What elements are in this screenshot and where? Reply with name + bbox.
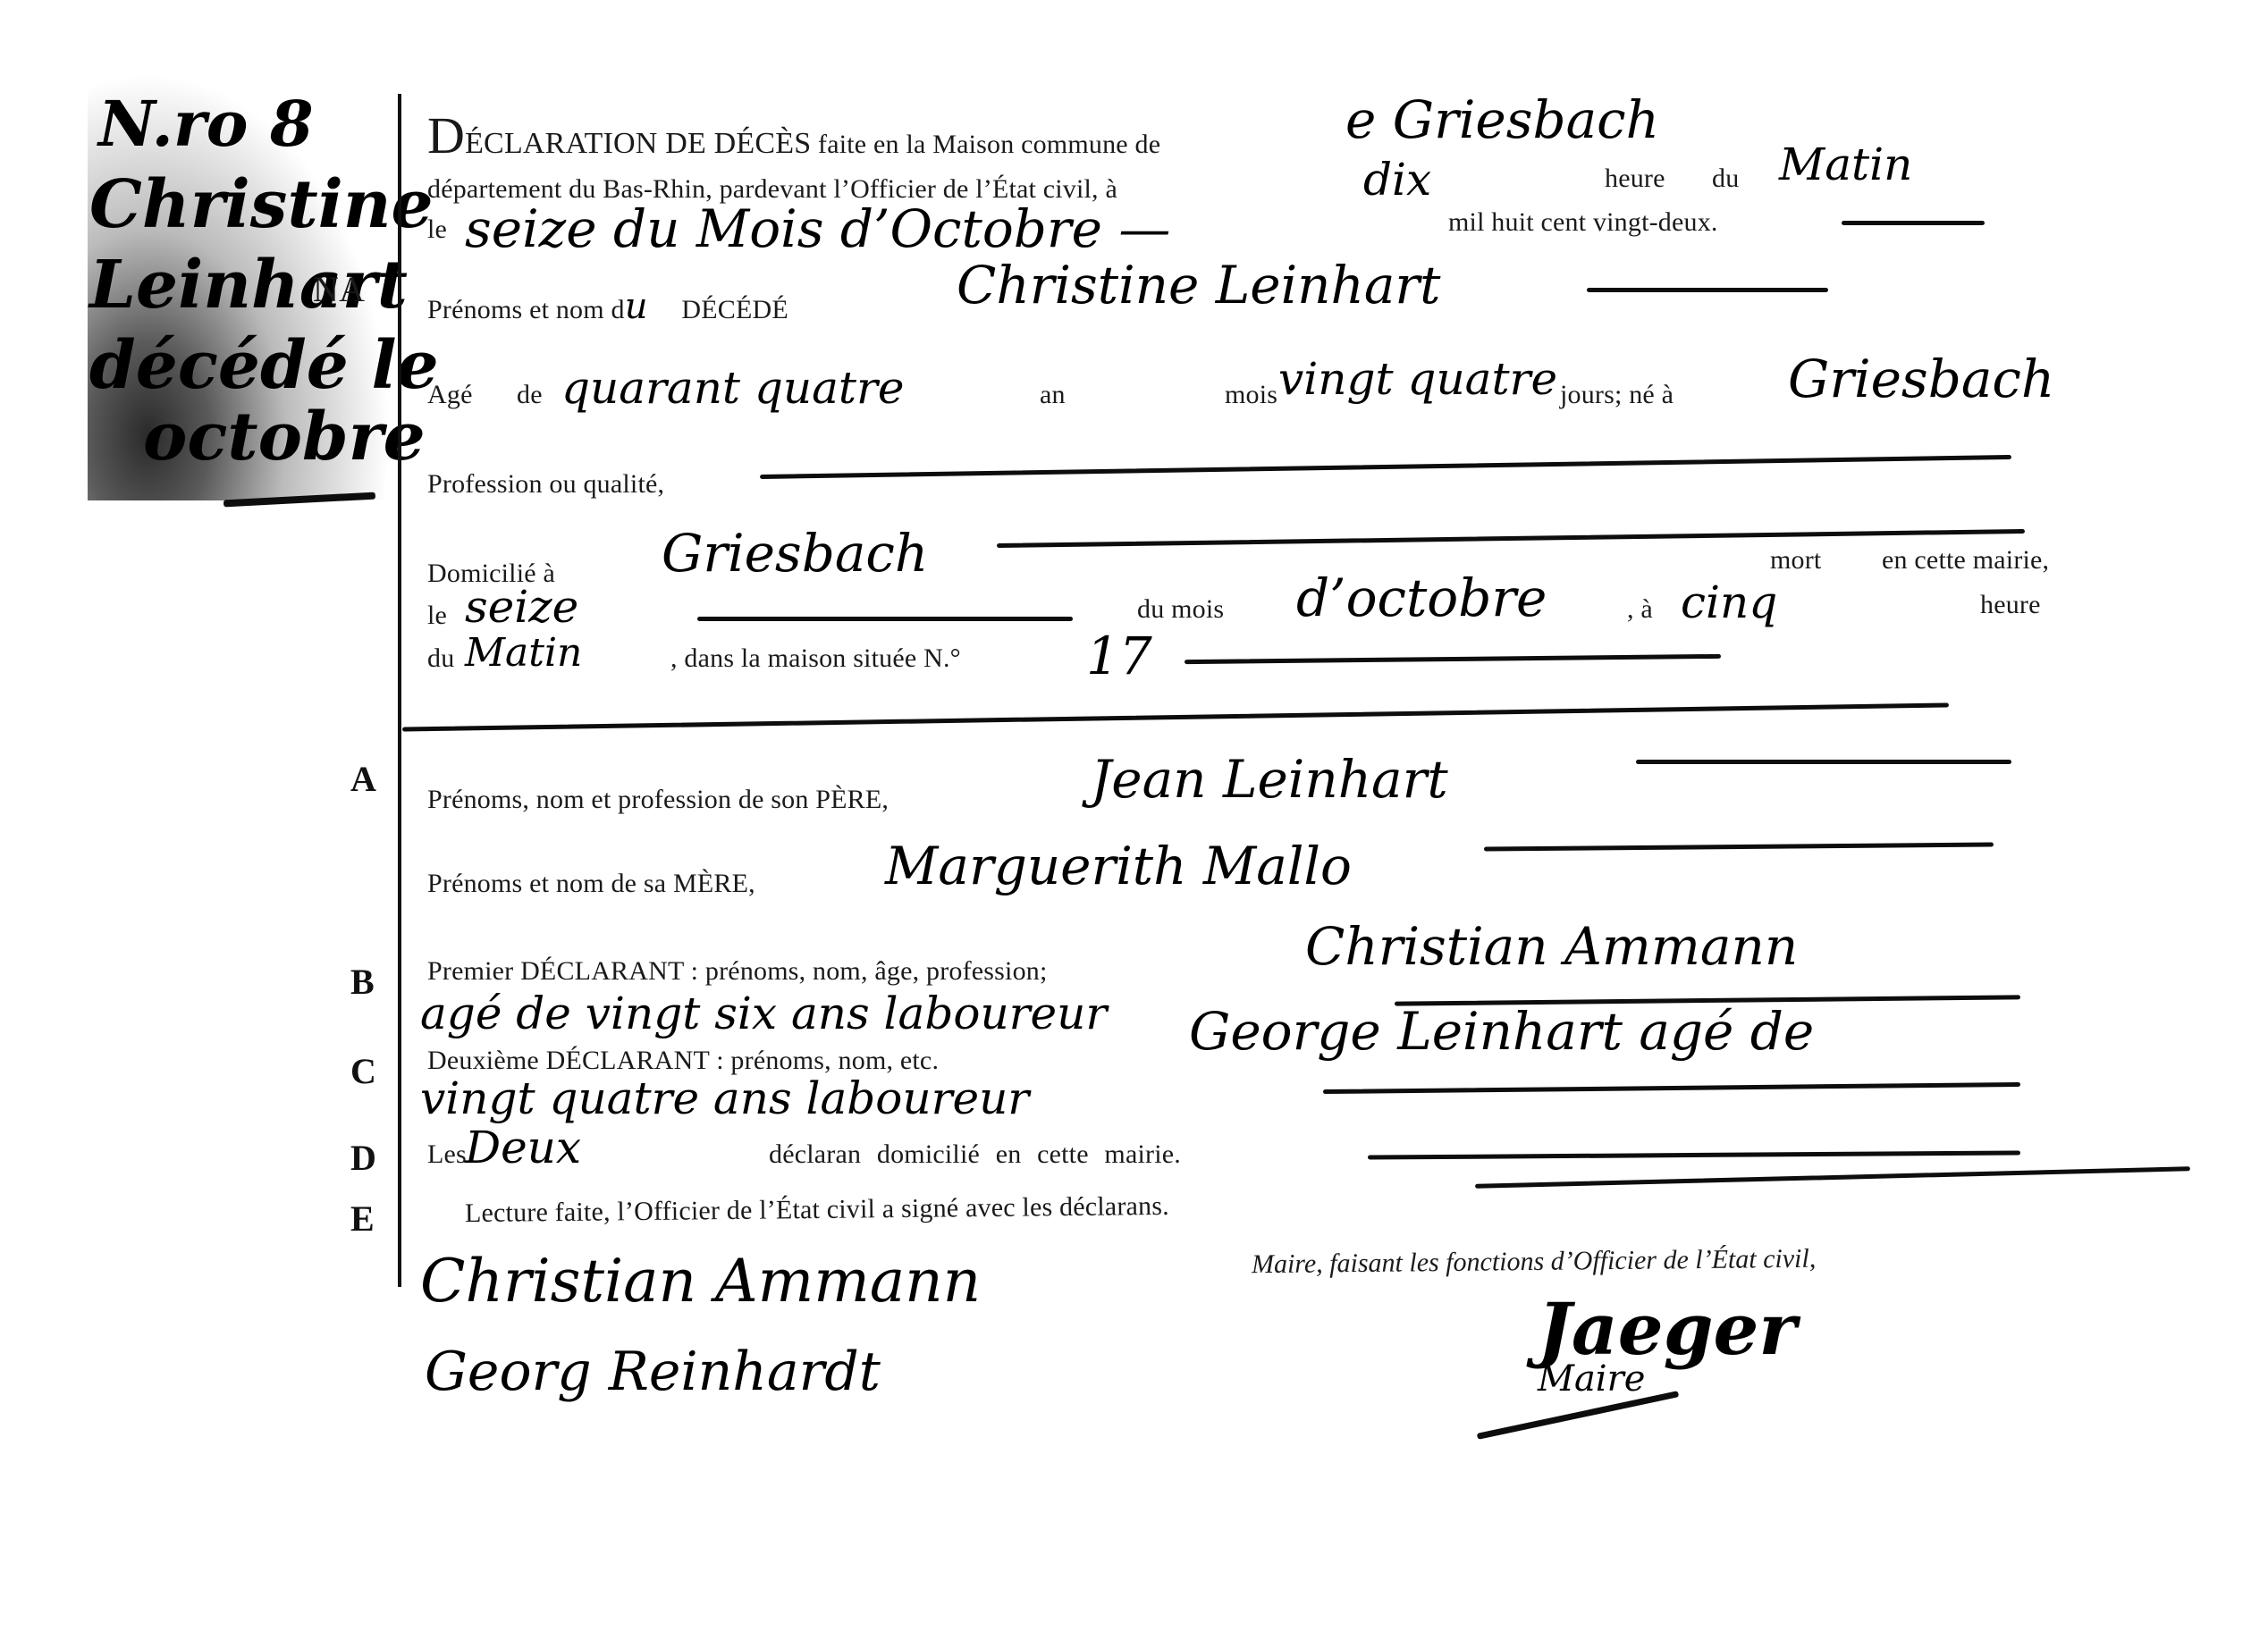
both-rule [1368, 1150, 2020, 1159]
deceased-name-rule [1587, 288, 1828, 292]
jours-label: jours; né à [1560, 380, 1674, 410]
margin-record-number: N.ro 8 [98, 85, 314, 164]
mayor-caption: Maire, faisant les fonctions d’Officier … [1252, 1244, 1817, 1281]
father-rule [1636, 760, 2011, 764]
deceased-name-label-text: Prénoms et nom d [427, 295, 625, 324]
du-label: du [1712, 164, 1739, 194]
document-title: ÉCLARATION DE DÉCÈS [465, 127, 811, 160]
age-de-label: de [517, 380, 543, 410]
house-number-handwritten: 17 [1086, 626, 1152, 686]
deceased-name-handwritten: Christine Leinhart [957, 255, 1440, 315]
father-label: Prénoms, nom et profession de son PÈRE, [427, 785, 889, 815]
section-rule [402, 702, 1949, 731]
closing-statement: Lecture faite, l’Officier de l’État civi… [465, 1191, 1169, 1229]
year-text: mil huit cent vingt-deux. [1448, 207, 1718, 238]
hour-handwritten: dix [1363, 154, 1431, 206]
profession-label: Profession ou qualité, [427, 469, 664, 500]
declarant2-signature: Georg Reinhardt [425, 1341, 881, 1403]
margin-stamp: NA [313, 268, 365, 310]
death-hour-handwritten: cinq [1681, 576, 1777, 628]
death-day-rule [697, 617, 1073, 621]
domicile-handwritten: Griesbach [662, 523, 928, 584]
maison-label: , dans la maison située N.° [670, 643, 961, 674]
domicile-rule [997, 529, 2025, 548]
heure-label: heure [1605, 164, 1665, 194]
second-declarant-label: Deuxième DÉCLARANT : prénoms, nom, etc. [427, 1046, 939, 1076]
mort-label: mort [1770, 545, 1821, 576]
death-month-handwritten: d’octobre [1296, 567, 1547, 628]
an-label: an [1040, 380, 1066, 410]
mother-handwritten: Marguerith Mallo [885, 836, 1352, 896]
du-mois-label: du mois [1137, 594, 1224, 625]
deceased-name-label: Prénoms et nom du DÉCÉDÉ [427, 286, 788, 327]
age-days-handwritten: vingt quatre [1278, 353, 1557, 405]
margin-note-line1: décédé le [89, 326, 439, 405]
mother-label: Prénoms et nom de sa MÈRE, [427, 869, 755, 899]
margin-letter-c: C [350, 1050, 376, 1092]
profession-rule [760, 455, 2011, 479]
mois-label: mois [1225, 380, 1277, 410]
margin-letter-a: A [350, 758, 376, 800]
both-handwritten: Deux [465, 1122, 581, 1173]
death-heure-label: heure [1980, 590, 2041, 620]
declarant1-signature: Christian Ammann [420, 1247, 981, 1316]
house-rule [1185, 654, 1721, 664]
margin-letter-b: B [350, 961, 375, 1003]
death-day-handwritten: seize [465, 581, 578, 633]
commune-handwritten: e Griesbach [1345, 89, 1659, 150]
death-period-handwritten: Matin [465, 630, 582, 676]
le-label: le [427, 214, 447, 245]
death-du-label: du [427, 643, 454, 674]
header-commune-text: faite en la Maison commune de [818, 130, 1160, 159]
first-declarant-details-handwritten: agé de vingt six ans laboureur [420, 988, 1107, 1039]
mother-rule [1484, 843, 1994, 852]
header-line-1: DÉCLARATION DE DÉCÈS faite en la Maison … [427, 105, 1160, 165]
period-handwritten: Matin [1779, 139, 1912, 190]
second-declarant-name-handwritten: George Leinhart agé de [1189, 1001, 1814, 1062]
mairie-label: en cette mairie, [1882, 545, 2049, 576]
vertical-divider [398, 94, 401, 1287]
margin-letter-d: D [350, 1137, 376, 1179]
father-handwritten: Jean Leinhart [1091, 749, 1448, 810]
margin-letter-e: E [350, 1198, 375, 1240]
second-declarant-rule [1323, 1082, 2020, 1094]
margin-note-line2: octobre [143, 398, 426, 476]
birthplace-handwritten: Griesbach [1788, 349, 2054, 409]
first-declarant-label: Premier DÉCLARANT : prénoms, nom, âge, p… [427, 956, 1048, 987]
both-declarants-label: déclaran domicilié en cette mairie. [769, 1139, 1181, 1170]
age-years-handwritten: quarant quatre [561, 362, 905, 414]
date-handwritten: seize du Mois d’Octobre — [465, 198, 1170, 259]
mayor-title-signature: Maire [1538, 1358, 1645, 1400]
title-initial: D [427, 106, 465, 164]
deceased-name-label-hw: u [625, 286, 648, 327]
decede-label: DÉCÉDÉ [681, 295, 788, 324]
death-le-label: le [427, 601, 447, 631]
year-rule [1842, 221, 1985, 225]
closing-rule [1475, 1166, 2190, 1189]
death-a-label: , à [1627, 594, 1653, 625]
margin-name-first: Christine [89, 165, 434, 244]
first-declarant-name-handwritten: Christian Ammann [1305, 916, 1798, 977]
second-declarant-details-handwritten: vingt quatre ans laboureur [420, 1072, 1029, 1124]
both-prefix: Les [427, 1139, 467, 1170]
age-label: Agé [427, 380, 473, 410]
